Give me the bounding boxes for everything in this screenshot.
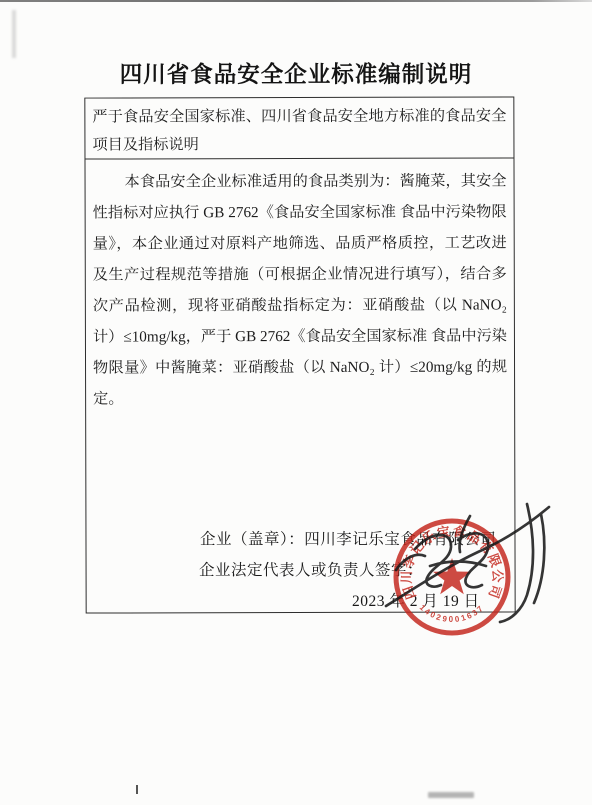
scan-footer-tick-artifact [136, 785, 138, 794]
body-line: 次产品检测，现将亚硝酸盐指标定为：亚硝酸盐（以 NaNO₂ [93, 289, 507, 321]
scanned-document-page: 四川省食品安全企业标准编制说明 严于食品安全国家标准、四川省食品安全地方标准的食… [0, 0, 592, 805]
body-line: 本食品安全企业标准适用的食品类别为：酱腌菜，其安全 [93, 165, 507, 197]
scan-footer-smudge-artifact [428, 792, 474, 798]
legal-representative-line: 企业法定代表人或负责人签字： [199, 558, 423, 580]
body-line: 性指标对应执行 GB 2762《食品安全国家标准 食品中污染物限 [93, 196, 507, 228]
date-line: 2023 年 2 月 19 日 [352, 589, 480, 611]
body-line: 定。 [93, 382, 507, 414]
document-title: 四川省食品安全企业标准编制说明 [0, 57, 592, 89]
body-line: 计）≤10mg/kg，严于 GB 2762《食品安全国家标准 食品中污染 [93, 320, 507, 352]
body-line: 及生产过程规范等措施（可根据企业情况进行填写），结合多 [93, 258, 507, 290]
scan-top-edge-artifact [0, 0, 592, 2]
company-stamp-line: 企业（盖章）：四川李记乐宝食品有限公司 [200, 527, 496, 549]
scan-left-strip-artifact [12, 10, 16, 58]
table-body-cell: 本食品安全企业标准适用的食品类别为：酱腌菜，其安全 性指标对应执行 GB 276… [85, 158, 514, 414]
table-header-cell: 严于食品安全国家标准、四川省食品安全地方标准的食品安全 项目及指标说明 [85, 97, 513, 159]
header-line: 项目及指标说明 [92, 130, 506, 159]
body-line: 量》，本企业通过对原料产地筛选、品质严格质控，工艺改进 [93, 227, 507, 259]
header-line: 严于食品安全国家标准、四川省食品安全地方标准的食品安全 [92, 102, 506, 131]
body-line: 物限量》中酱腌菜：亚硝酸盐（以 NaNO₂ 计）≤20mg/kg 的规 [93, 351, 507, 383]
